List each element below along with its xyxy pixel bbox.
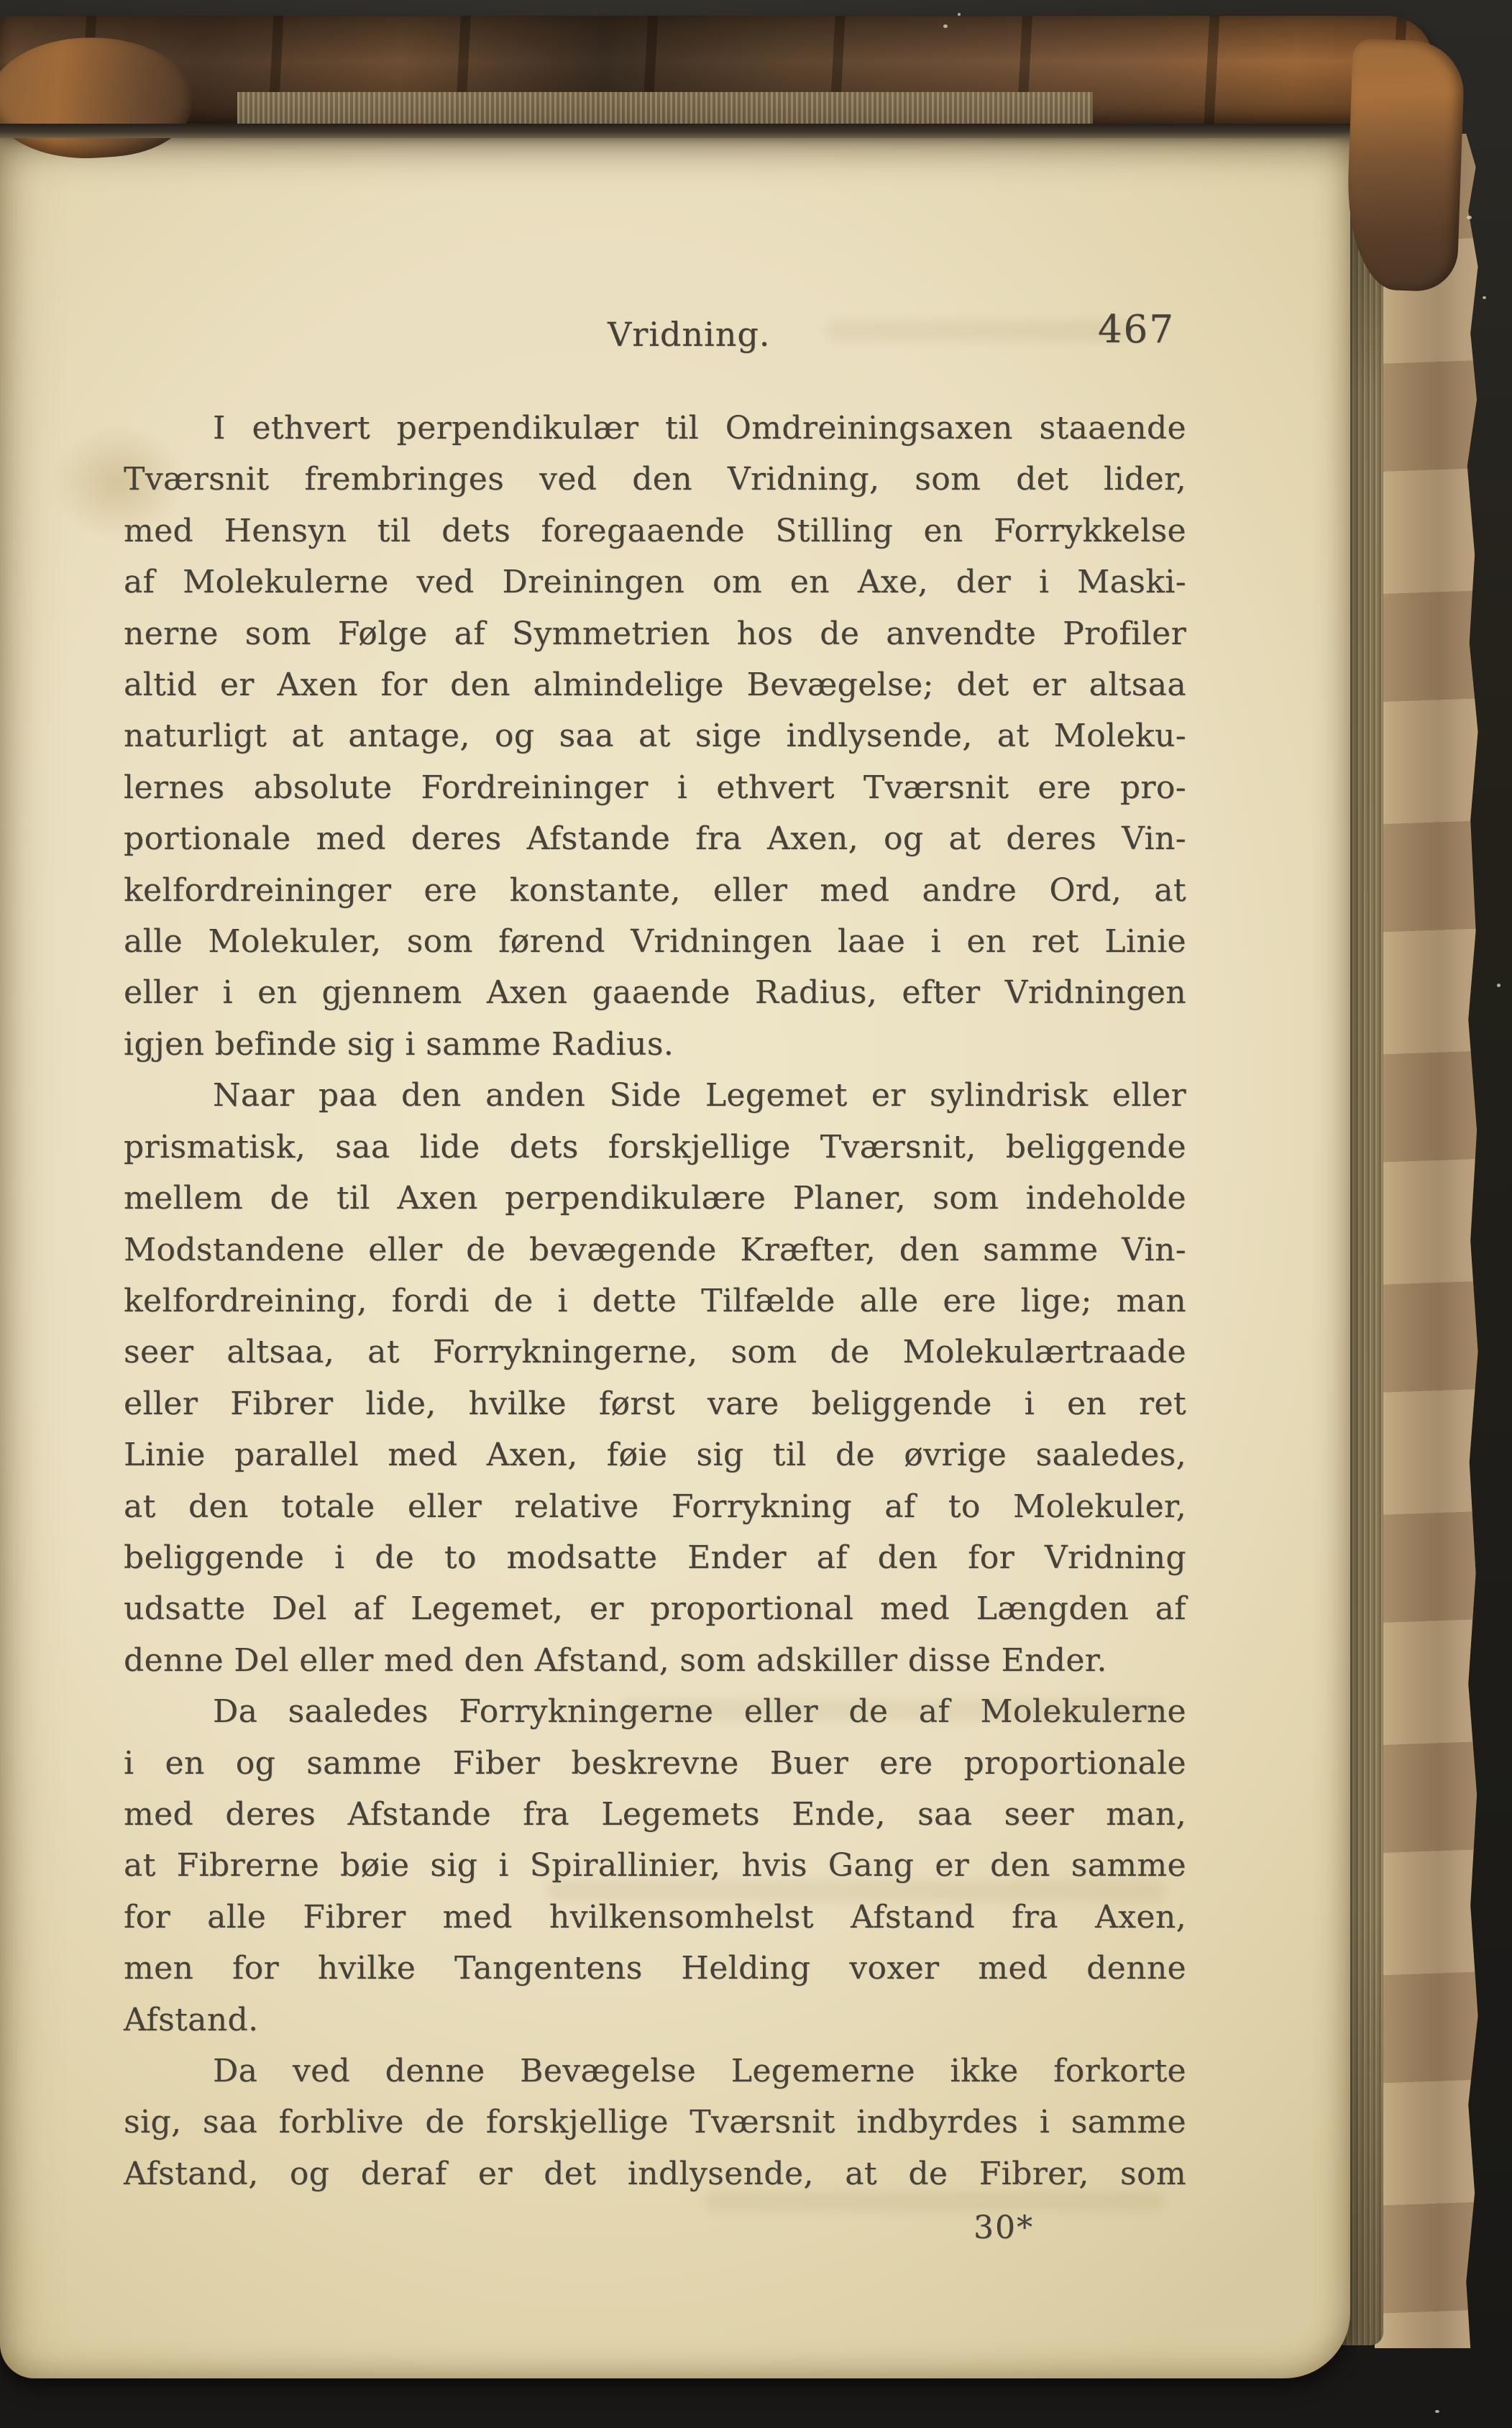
book-page: Vridning. 467 I ethvert perpendikulær ti… xyxy=(0,134,1350,2378)
text-block: Vridning. 467 I ethvert perpendikulær ti… xyxy=(124,312,1186,2247)
paragraph: Naar paa den anden Side Legemet er sylin… xyxy=(124,1070,1186,1686)
text-line: med Hensyn til dets foregaaende Stilling… xyxy=(124,505,1186,556)
text-line: Linie parallel med Axen, føie sig til de… xyxy=(124,1429,1186,1480)
text-line: denne Del eller med den Afstand, som ads… xyxy=(124,1635,1186,1686)
binding-shadow-line xyxy=(0,124,1375,138)
dust-speck xyxy=(958,13,961,16)
torn-cover-edge-strip xyxy=(1375,134,1481,2348)
leather-fragment-right-corner xyxy=(1344,38,1465,292)
dust-speck xyxy=(1497,984,1500,987)
page-number: 467 xyxy=(1098,308,1175,352)
text-line: I ethvert perpendikulær til Omdreiningsa… xyxy=(124,403,1186,454)
text-line: udsatte Del af Legemet, er proportional … xyxy=(124,1583,1186,1634)
text-line: kelfordreininger ere konstante, eller me… xyxy=(124,865,1186,916)
text-line: Afstand. xyxy=(124,1994,1186,2046)
text-line: altid er Axen for den almindelige Bevæge… xyxy=(124,659,1186,710)
text-line: eller Fibrer lide, hvilke først vare bel… xyxy=(124,1378,1186,1429)
text-line: mellem de til Axen perpendikulære Planer… xyxy=(124,1173,1186,1224)
text-line: Modstandene eller de bevægende Kræfter, … xyxy=(124,1224,1186,1275)
body-text: I ethvert perpendikulær til Omdreiningsa… xyxy=(124,403,1186,2199)
text-line: sig, saa forblive de forskjellige Tværsn… xyxy=(124,2097,1186,2148)
text-line: Da saaledes Forrykningerne eller de af M… xyxy=(124,1686,1186,1737)
text-line: nerne som Følge af Symmetrien hos de anv… xyxy=(124,608,1186,659)
running-head: Vridning. 467 xyxy=(124,312,1186,357)
text-line: men for hvilke Tangentens Helding voxer … xyxy=(124,1943,1186,1994)
text-line: kelfordreining, fordi de i dette Tilfæld… xyxy=(124,1275,1186,1327)
text-line: beliggende i de to modsatte Ender af den… xyxy=(124,1532,1186,1583)
text-line: igjen befinde sig i samme Radius. xyxy=(124,1019,1186,1070)
text-line: af Molekulerne ved Dreiningen om en Axe,… xyxy=(124,556,1186,608)
text-line: alle Molekuler, som førend Vridningen la… xyxy=(124,916,1186,967)
dust-speck xyxy=(1467,216,1472,219)
paragraph: I ethvert perpendikulær til Omdreiningsa… xyxy=(124,403,1186,1070)
text-line: at Fibrerne bøie sig i Spirallinier, hvi… xyxy=(124,1840,1186,1891)
text-line: naturligt at antage, og saa at sige indl… xyxy=(124,710,1186,761)
text-line: for alle Fibrer med hvilkensomhelst Afst… xyxy=(124,1892,1186,1943)
text-line: i en og samme Fiber beskrevne Buer ere p… xyxy=(124,1738,1186,1789)
text-line: Da ved denne Bevægelse Legemerne ikke fo… xyxy=(124,2046,1186,2097)
dust-speck xyxy=(943,24,948,28)
text-line: Tværsnit frembringes ved den Vridning, s… xyxy=(124,454,1186,505)
text-line: seer altsaa, at Forrykningerne, som de M… xyxy=(124,1327,1186,1378)
paragraph: Da ved denne Bevægelse Legemerne ikke fo… xyxy=(124,2046,1186,2199)
text-line: at den totale eller relative Forrykning … xyxy=(124,1481,1186,1532)
dust-speck xyxy=(1435,2410,1439,2413)
text-line: portionale med deres Afstande fra Axen, … xyxy=(124,813,1186,864)
dust-speck xyxy=(1483,296,1486,299)
text-line: eller i en gjennem Axen gaaende Radius, … xyxy=(124,967,1186,1018)
page-title: Vridning. xyxy=(608,312,770,357)
text-line: med deres Afstande fra Legemets Ende, sa… xyxy=(124,1789,1186,1840)
paragraph: Da saaledes Forrykningerne eller de af M… xyxy=(124,1686,1186,2046)
text-line: lernes absolute Fordreininger i ethvert … xyxy=(124,762,1186,813)
signature-mark: 30* xyxy=(973,2209,1186,2247)
text-line: prismatisk, saa lide dets forskjellige T… xyxy=(124,1122,1186,1173)
text-line: Afstand, og deraf er det indlysende, at … xyxy=(124,2148,1186,2199)
text-line: Naar paa den anden Side Legemet er sylin… xyxy=(124,1070,1186,1121)
scanned-book-photo: { "page": { "running_head": { "title": "… xyxy=(0,0,1512,2428)
